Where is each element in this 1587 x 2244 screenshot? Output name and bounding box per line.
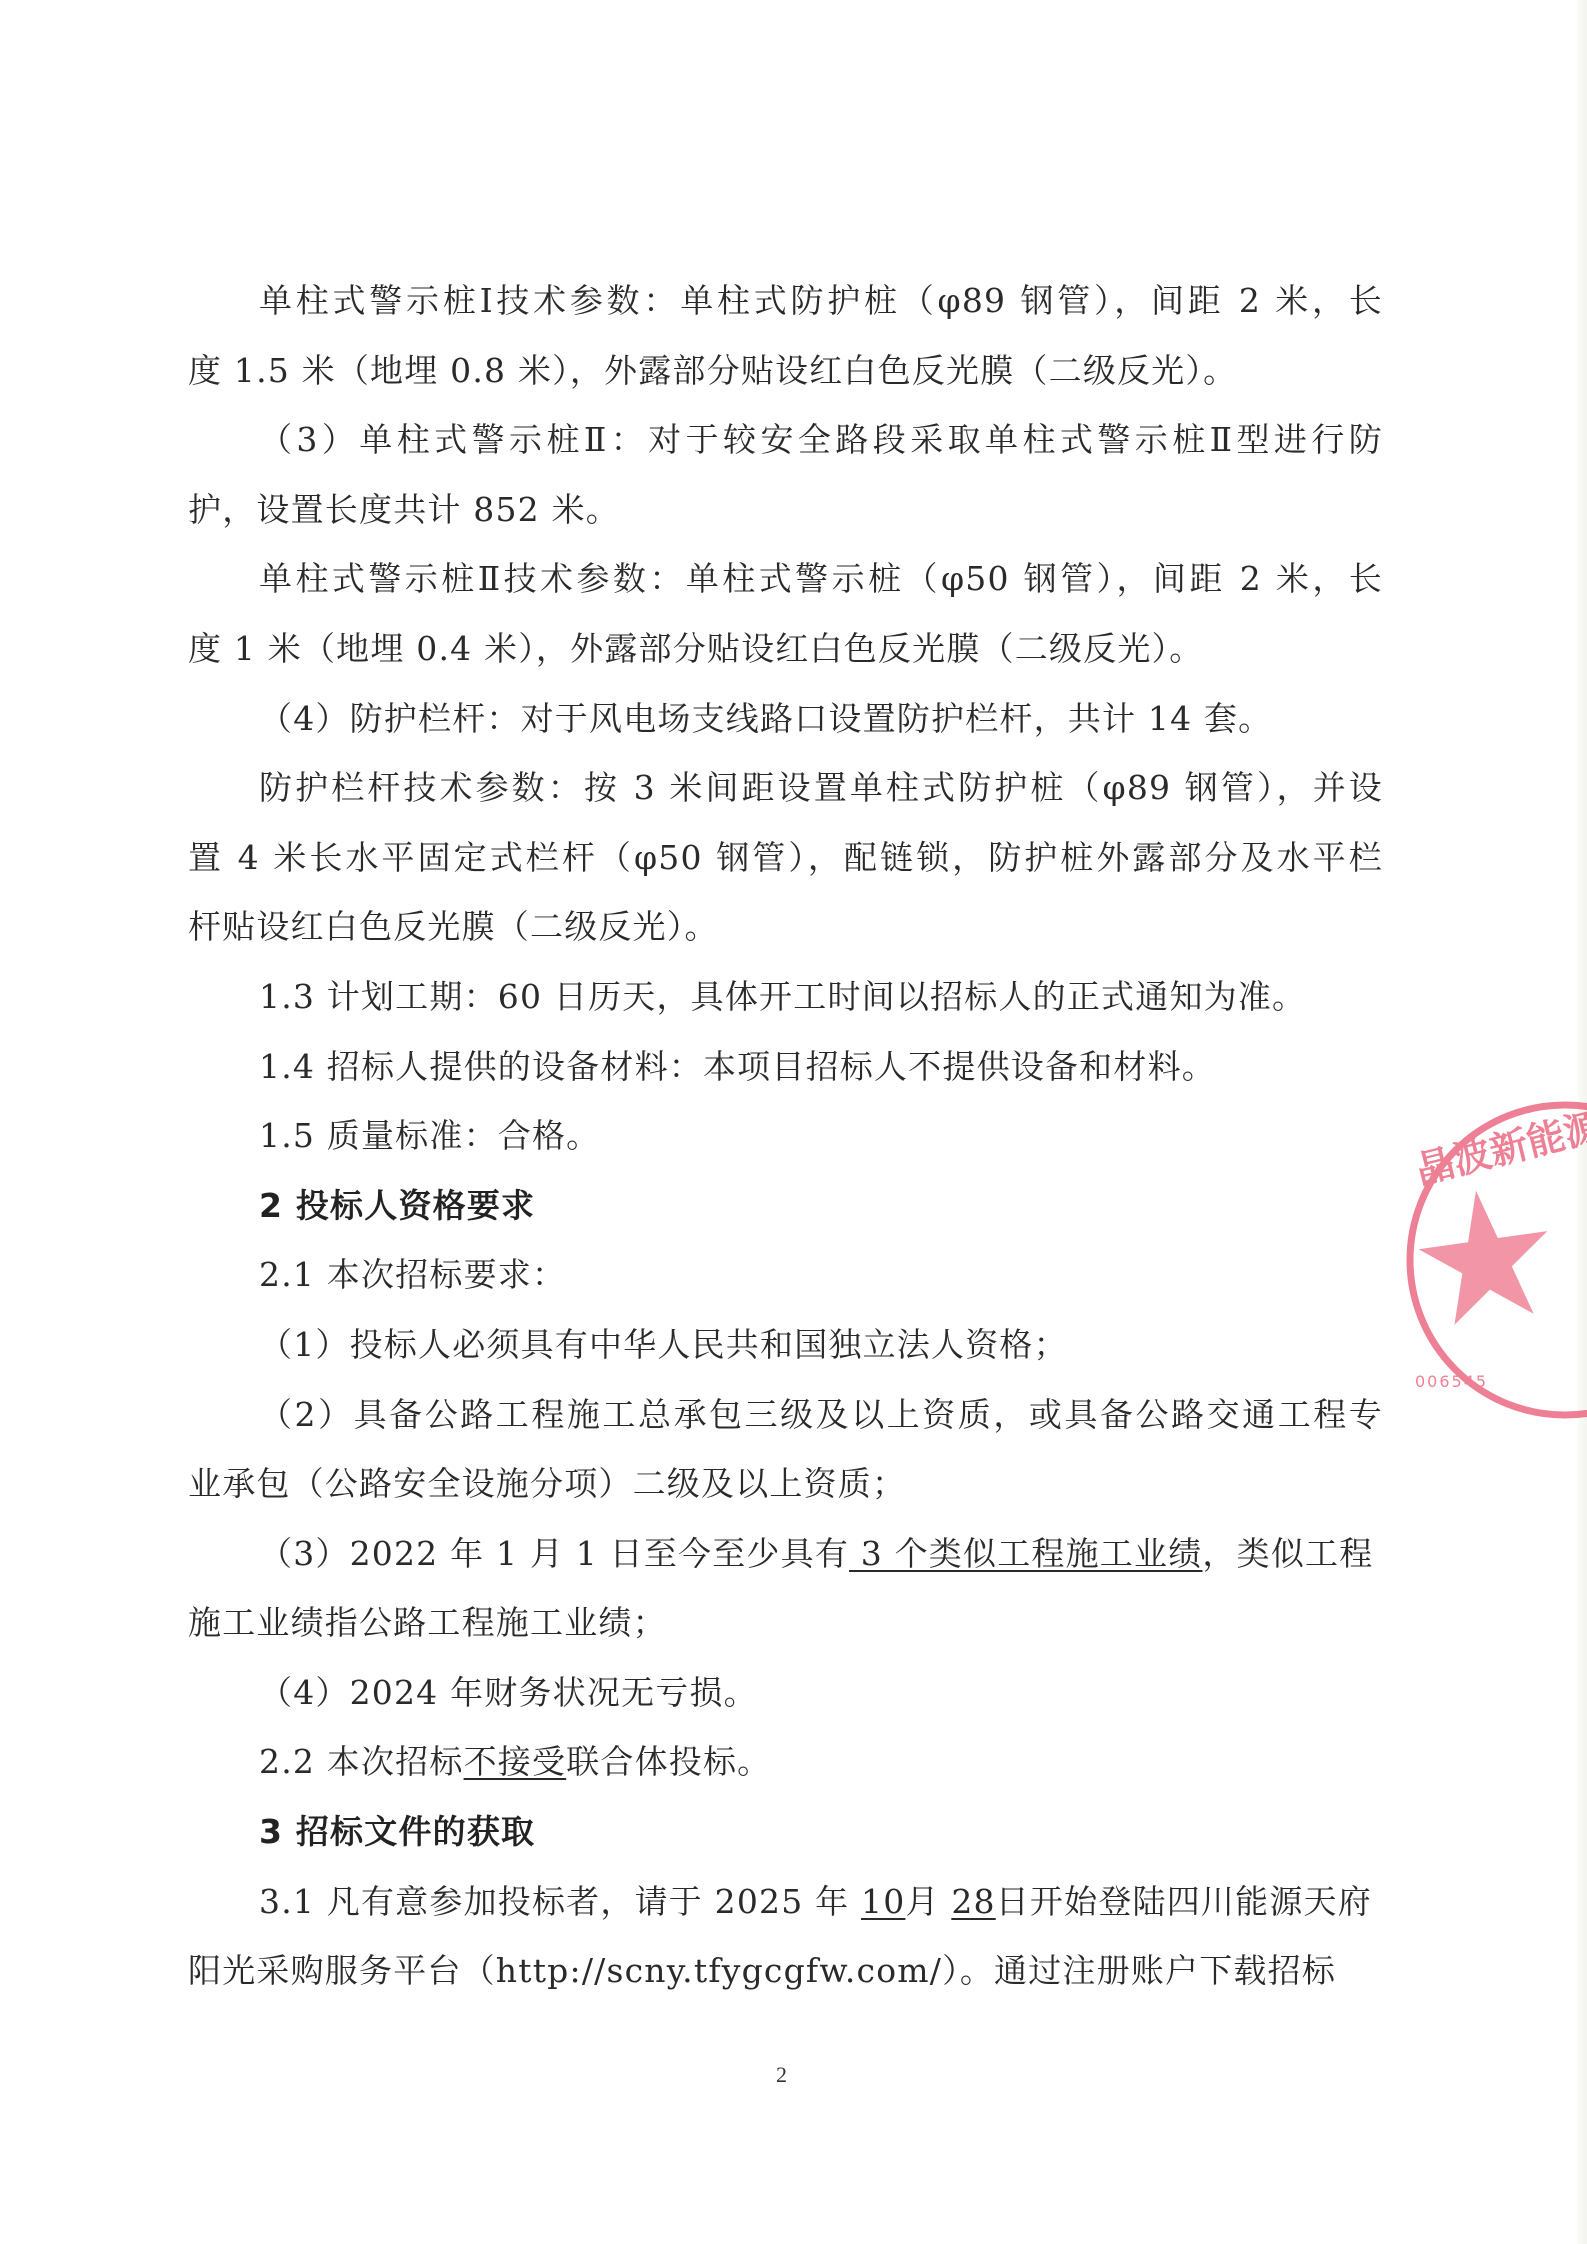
underlined-performance-count: 3 个类似工程施工业绩 bbox=[849, 1534, 1202, 1573]
section-2-1: 2.1 本次招标要求： bbox=[188, 1246, 1383, 1316]
requirement-3-cont: 施工业绩指公路工程施工业绩； bbox=[188, 1594, 1383, 1664]
underlined-day: 28 bbox=[951, 1882, 995, 1921]
section-heading-2: 2 投标人资格要求 bbox=[188, 1177, 1383, 1247]
requirement-3: （3）2022 年 1 月 1 日至今至少具有 3 个类似工程施工业绩，类似工程 bbox=[188, 1525, 1383, 1595]
requirement-3-text-end: ，类似工程 bbox=[1202, 1534, 1373, 1573]
paragraph-line: 度 1.5 米（地埋 0.8 米），外露部分贴设红白色反光膜（二级反光）。 bbox=[188, 342, 1383, 412]
company-seal-icon: 晶波新能源 有限公司 006545 bbox=[1395, 1095, 1587, 1425]
section-heading-3: 3 招标文件的获取 bbox=[188, 1803, 1383, 1873]
paragraph-line: 度 1 米（地埋 0.4 米），外露部分贴设红白色反光膜（二级反光）。 bbox=[188, 620, 1383, 690]
paragraph-line: 单柱式警示桩Ⅰ技术参数：单柱式防护桩（φ89 钢管），间距 2 米，长 bbox=[188, 272, 1383, 342]
section-3-1-b: 月 bbox=[905, 1882, 951, 1921]
paragraph-line: （3）单柱式警示桩Ⅱ：对于较安全路段采取单柱式警示桩Ⅱ型进行防 bbox=[188, 411, 1383, 481]
section-1-4: 1.4 招标人提供的设备材料：本项目招标人不提供设备和材料。 bbox=[188, 1038, 1383, 1108]
section-1-5: 1.5 质量标准：合格。 bbox=[188, 1107, 1383, 1177]
paragraph-line: （4）防护栏杆：对于风电场支线路口设置防护栏杆，共计 14 套。 bbox=[188, 690, 1383, 760]
document-page: 单柱式警示桩Ⅰ技术参数：单柱式防护桩（φ89 钢管），间距 2 米，长 度 1.… bbox=[0, 0, 1587, 2244]
paragraph-line: 防护栏杆技术参数：按 3 米间距设置单柱式防护桩（φ89 钢管），并设 bbox=[188, 759, 1383, 829]
paragraph-line: 护，设置长度共计 852 米。 bbox=[188, 481, 1383, 551]
page-number: 2 bbox=[776, 2062, 787, 2088]
section-3-1-a: 3.1 凡有意参加投标者，请于 2025 年 bbox=[259, 1882, 861, 1921]
section-3-1-c: 日开始登陆四川能源天府 bbox=[996, 1882, 1372, 1921]
section-2-2-pre: 2.2 本次招标 bbox=[259, 1742, 464, 1781]
section-3-1-cont: 阳光采购服务平台（http://scny.tfygcgfw.com/）。通过注册… bbox=[188, 1942, 1383, 2012]
requirement-2-cont: 业承包（公路安全设施分项）二级及以上资质； bbox=[188, 1455, 1383, 1525]
section-1-3: 1.3 计划工期：60 日历天，具体开工时间以招标人的正式通知为准。 bbox=[188, 968, 1383, 1038]
requirement-1: （1）投标人必须具有中华人民共和国独立法人资格； bbox=[188, 1316, 1383, 1386]
requirement-2: （2）具备公路工程施工总承包三级及以上资质，或具备公路交通工程专 bbox=[188, 1386, 1383, 1456]
svg-text:006545: 006545 bbox=[1415, 1372, 1488, 1391]
paragraph-line: 单柱式警示桩Ⅱ技术参数：单柱式警示桩（φ50 钢管），间距 2 米，长 bbox=[188, 550, 1383, 620]
section-2-2: 2.2 本次招标不接受联合体投标。 bbox=[188, 1733, 1383, 1803]
underlined-month: 10 bbox=[861, 1882, 905, 1921]
paragraph-line: 杆贴设红白色反光膜（二级反光）。 bbox=[188, 898, 1383, 968]
document-body: 单柱式警示桩Ⅰ技术参数：单柱式防护桩（φ89 钢管），间距 2 米，长 度 1.… bbox=[188, 272, 1383, 2012]
requirement-4: （4）2024 年财务状况无亏损。 bbox=[188, 1664, 1383, 1734]
section-3-1: 3.1 凡有意参加投标者，请于 2025 年 10月 28日开始登陆四川能源天府 bbox=[188, 1873, 1383, 1943]
requirement-3-text: （3）2022 年 1 月 1 日至今至少具有 bbox=[259, 1534, 849, 1573]
section-2-2-post: 联合体投标。 bbox=[566, 1742, 771, 1781]
underlined-not-accept: 不接受 bbox=[464, 1742, 567, 1781]
paragraph-line: 置 4 米长水平固定式栏杆（φ50 钢管），配链锁，防护桩外露部分及水平栏 bbox=[188, 829, 1383, 899]
